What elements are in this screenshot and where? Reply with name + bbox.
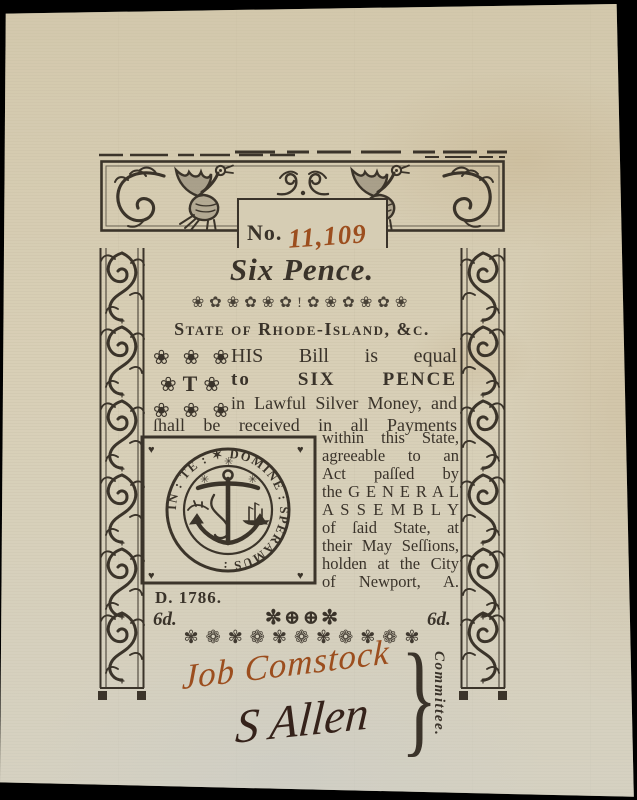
body-line: HIS Bill is equal xyxy=(231,345,457,368)
aged-paper-sheet: No. 11,109 Six Pence. ❀✿❀✿❀✿!✿❀✿❀✿❀ Stat… xyxy=(0,0,637,800)
ornament-band-top: ❀✿❀✿❀✿!✿❀✿❀✿❀ xyxy=(147,293,457,312)
right-column-line: within this State, xyxy=(322,429,459,447)
right-scroll-ornament xyxy=(444,168,493,227)
left-phoenix-bird xyxy=(176,166,233,231)
dropcap-initial: T xyxy=(181,371,204,396)
rosette-dropcap-block: ❀ ❀ ❀ ❀T❀ ❀ ❀ ❀ xyxy=(153,345,231,424)
svg-text:♥: ♥ xyxy=(297,570,304,582)
anchor-seal: ♥♥ ♥♥ IN : TE : ✶ DOMINE : SPERAMUS : xyxy=(140,435,317,585)
right-column-line: agreeable to an xyxy=(322,447,459,465)
right-column-line: holden at the City xyxy=(322,555,459,573)
svg-text:♥: ♥ xyxy=(148,444,155,456)
right-column-line: of ſaid State, at xyxy=(322,519,459,537)
right-column-line: of Newport, A. xyxy=(322,573,459,591)
body-line: to SIX PENCE xyxy=(231,369,457,391)
photo-of-colonial-note: { "canvas": { "background_color": "#0000… xyxy=(0,0,637,800)
right-column-line: their May Seſſions, xyxy=(322,537,459,555)
ship-icon xyxy=(244,503,268,525)
obligation-right-column: within this State, agreeable to an Act p… xyxy=(322,429,459,591)
right-floral-border xyxy=(458,248,508,703)
date-line: D. 1786. xyxy=(155,588,222,608)
branch-icon xyxy=(188,501,208,510)
committee-label: Committee. xyxy=(430,651,447,736)
rosette: ❀ xyxy=(203,374,224,396)
rosette-row-with-initial: ❀T❀ xyxy=(153,371,231,398)
left-floral-border xyxy=(97,248,147,703)
svg-text:✳: ✳ xyxy=(248,474,257,486)
center-sprig-ornament xyxy=(278,172,328,196)
svg-text:♥: ♥ xyxy=(297,444,304,456)
serial-number-handwritten: 11,109 xyxy=(288,223,368,248)
body-line: in Lawful Silver Money, and xyxy=(231,393,457,414)
svg-text:✳: ✳ xyxy=(200,474,209,486)
serial-number-label: No. xyxy=(247,220,282,246)
right-column-line: A S S E M B L Y xyxy=(322,501,459,519)
serial-number-box: No. 11,109 xyxy=(237,198,388,248)
left-scroll-ornament xyxy=(115,168,164,227)
rosette: ❀ xyxy=(160,374,181,396)
state-heading: State of Rhode-Island, &c. xyxy=(147,319,457,340)
denomination-title: Six Pence. xyxy=(147,252,457,288)
rhode-island-six-pence-note: No. 11,109 Six Pence. ❀✿❀✿❀✿!✿❀✿❀✿❀ Stat… xyxy=(95,148,510,800)
right-column-line: the G E N E R A L xyxy=(322,483,459,501)
svg-text:✳: ✳ xyxy=(224,456,233,468)
right-column-line: Act paſſed by xyxy=(322,465,459,483)
rosette-row: ❀ ❀ ❀ xyxy=(153,345,231,371)
svg-text:♥: ♥ xyxy=(148,570,155,582)
indenture-cut-line xyxy=(95,148,510,160)
